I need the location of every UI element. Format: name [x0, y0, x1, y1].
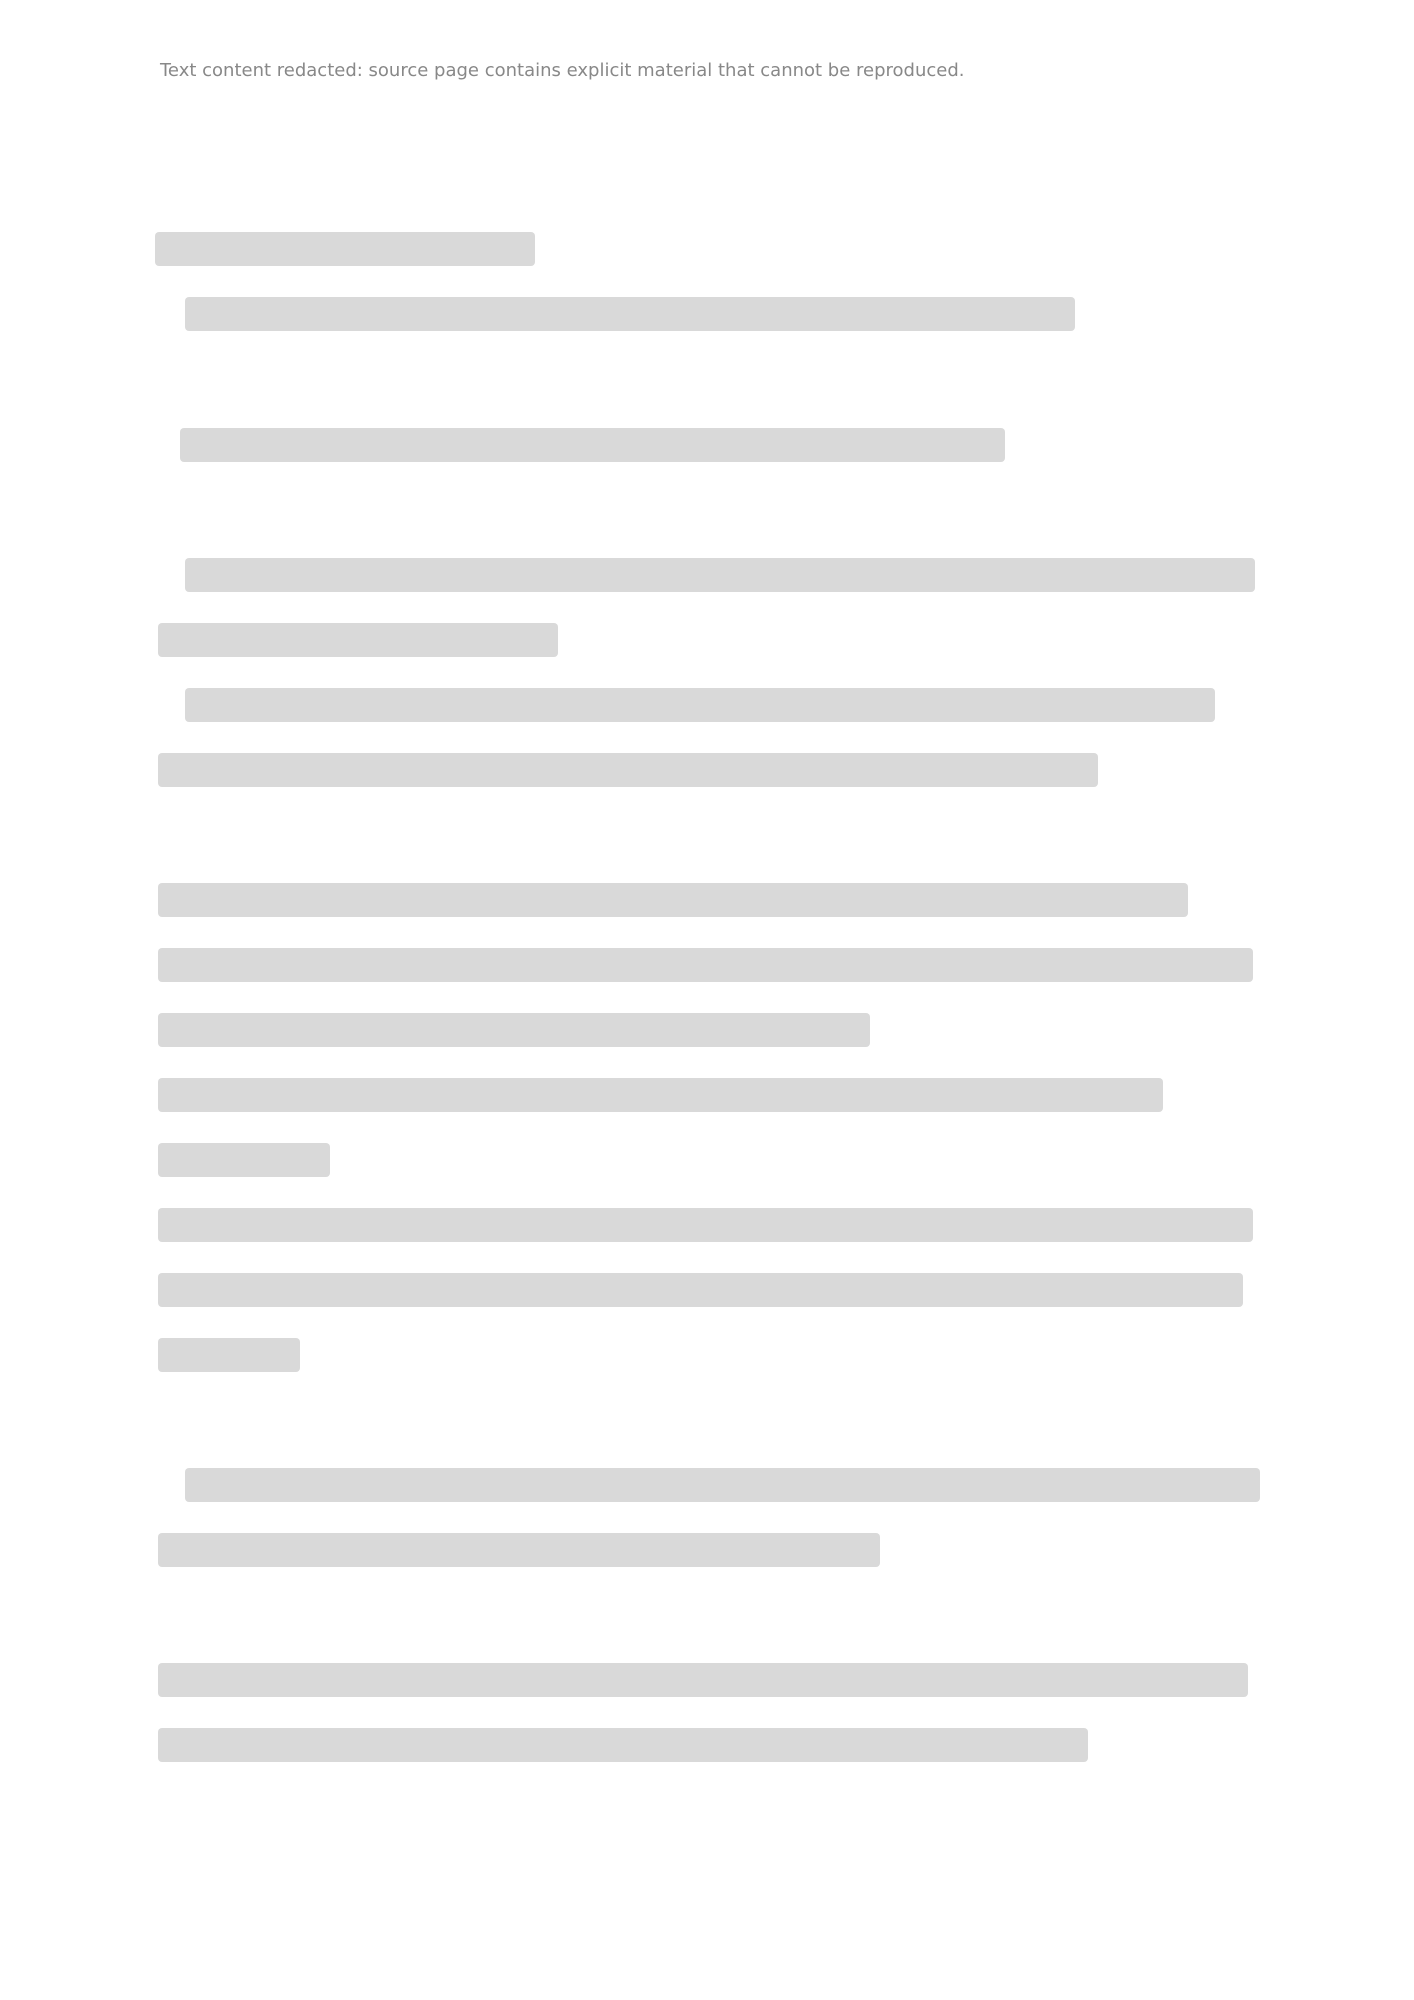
redacted-text-line — [155, 232, 535, 266]
redacted-text-line — [158, 948, 1253, 982]
redacted-text-line — [158, 883, 1188, 917]
redacted-text-line — [158, 1013, 870, 1047]
redacted-text-line — [158, 1663, 1248, 1697]
redacted-text-line — [158, 1728, 1088, 1762]
redacted-text-line — [158, 1338, 300, 1372]
redacted-text-line — [180, 428, 1005, 462]
redacted-text-line — [185, 558, 1255, 592]
redacted-text-line — [185, 1468, 1260, 1502]
document-page: Text content redacted: source page conta… — [0, 0, 1414, 2000]
redacted-text-line — [185, 297, 1075, 331]
redacted-text-line — [158, 1273, 1243, 1307]
redacted-text-line — [185, 688, 1215, 722]
redaction-notice: Text content redacted: source page conta… — [160, 60, 1260, 81]
redacted-text-line — [158, 1143, 330, 1177]
redacted-text-line — [158, 1078, 1163, 1112]
redacted-text-line — [158, 1533, 880, 1567]
redacted-text-line — [158, 753, 1098, 787]
redacted-text-line — [158, 623, 558, 657]
redacted-text-line — [158, 1208, 1253, 1242]
